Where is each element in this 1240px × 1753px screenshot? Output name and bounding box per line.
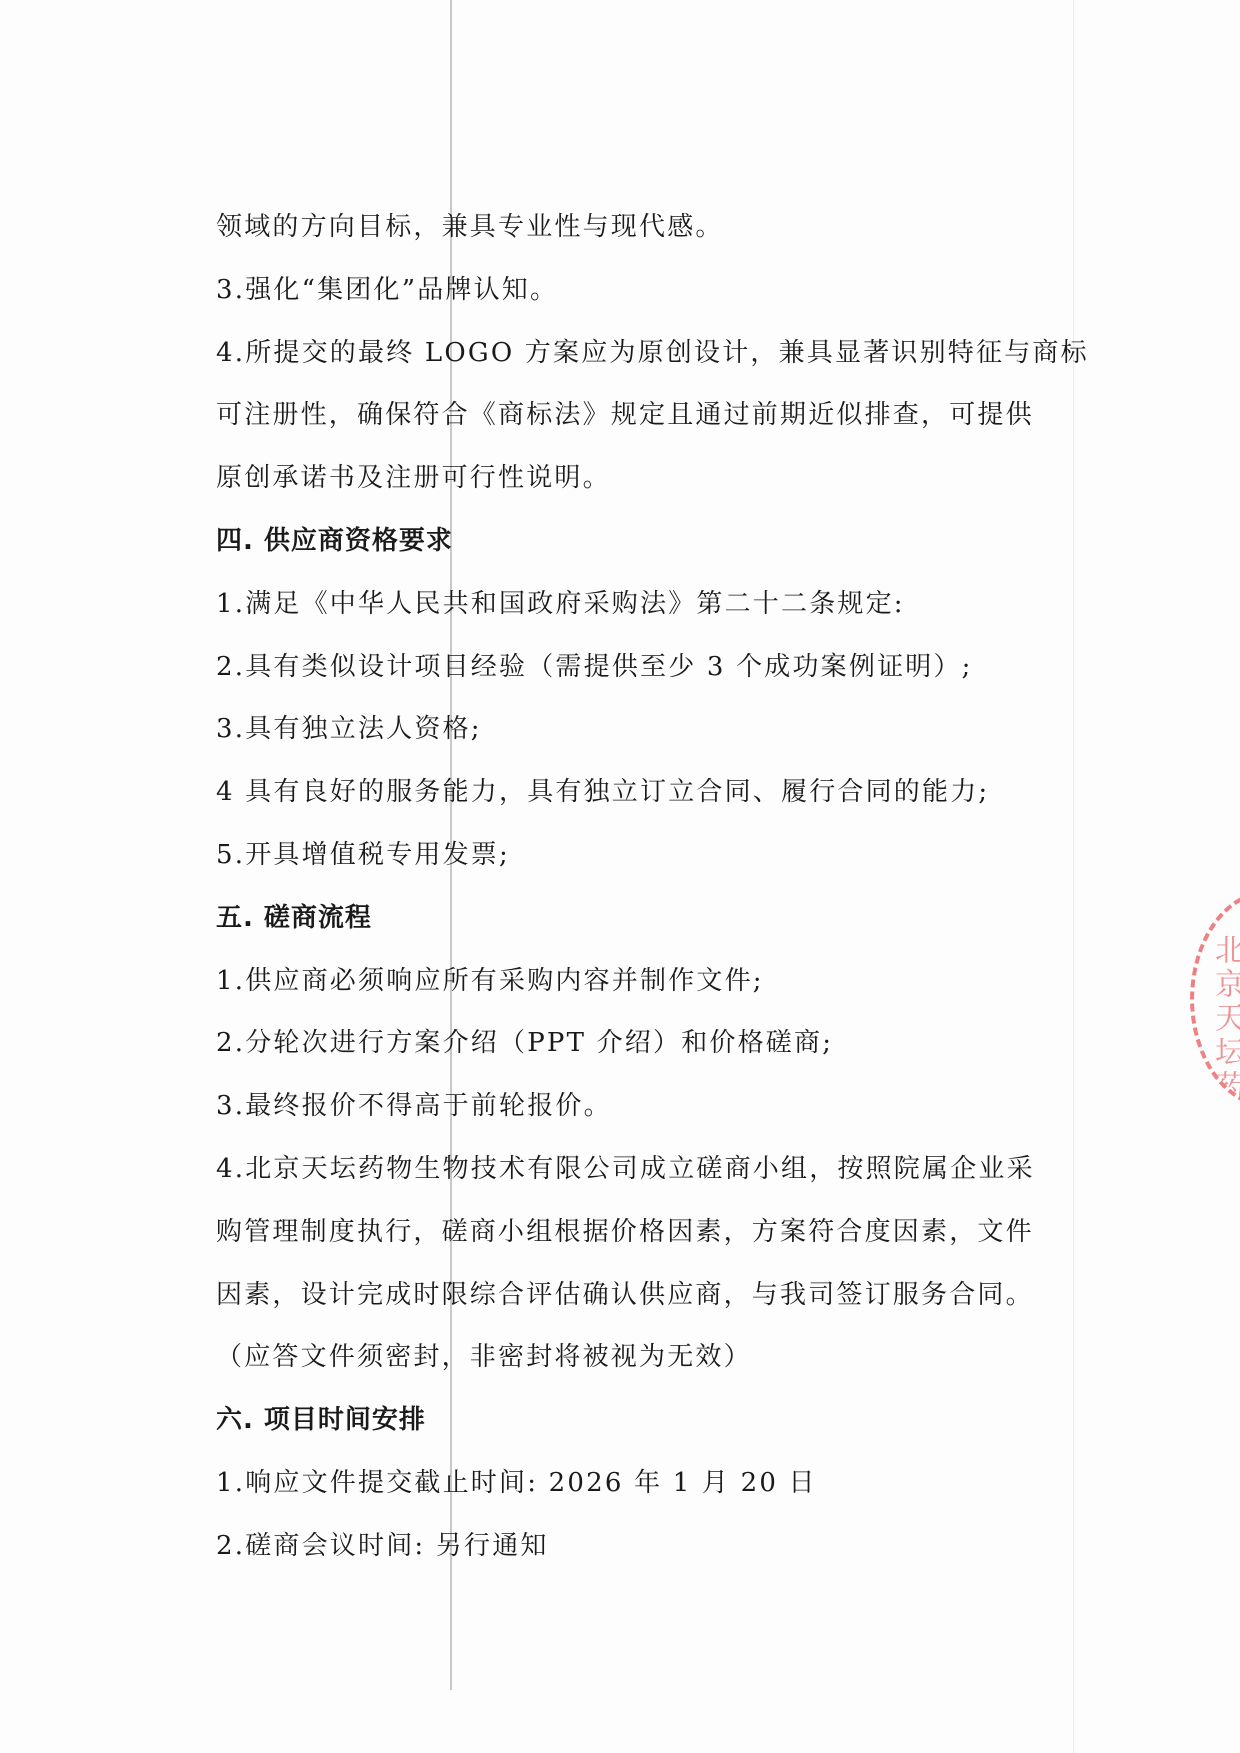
paragraph-line: 因素，设计完成时限综合评估确认供应商，与我司签订服务合同。 xyxy=(216,1264,1056,1327)
scan-edge-line xyxy=(1073,0,1074,1753)
paragraph-line: 5.开具增值税专用发票; xyxy=(216,824,1056,887)
section-heading-project-schedule: 六. 项目时间安排 xyxy=(216,1389,1056,1452)
paragraph-line: （应答文件须密封，非密封将被视为无效） xyxy=(216,1326,1056,1389)
paragraph-line: 4.所提交的最终 LOGO 方案应为原创设计，兼具显著识别特征与商标 xyxy=(216,322,1056,385)
paragraph-line: 1.供应商必须响应所有采购内容并制作文件; xyxy=(216,950,1056,1013)
paragraph-line: 4 具有良好的服务能力，具有独立订立合同、履行合同的能力; xyxy=(216,761,1056,824)
paragraph-line: 3.具有独立法人资格; xyxy=(216,698,1056,761)
document-body: 领域的方向目标，兼具专业性与现代感。 3.强化“集团化”品牌认知。 4.所提交的… xyxy=(216,196,1056,1578)
paragraph-line: 2.磋商会议时间: 另行通知 xyxy=(216,1515,1056,1578)
section-heading-supplier-qualification: 四. 供应商资格要求 xyxy=(216,510,1056,573)
paragraph-line: 3.强化“集团化”品牌认知。 xyxy=(216,259,1056,322)
paragraph-line: 2.具有类似设计项目经验（需提供至少 3 个成功案例证明）; xyxy=(216,636,1056,699)
stamp-text: 北京天坛药 xyxy=(1204,934,1240,1104)
paragraph-line: 原创承诺书及注册可行性说明。 xyxy=(216,447,1056,510)
paragraph-line: 1.满足《中华人民共和国政府采购法》第二十二条规定: xyxy=(216,573,1056,636)
paragraph-line: 1.响应文件提交截止时间: 2026 年 1 月 20 日 xyxy=(216,1452,1056,1515)
section-heading-negotiation-process: 五. 磋商流程 xyxy=(216,887,1056,950)
paragraph-line: 2.分轮次进行方案介绍（PPT 介绍）和价格磋商; xyxy=(216,1012,1056,1075)
paragraph-line: 购管理制度执行，磋商小组根据价格因素，方案符合度因素，文件 xyxy=(216,1201,1056,1264)
paragraph-line: 4.北京天坛药物生物技术有限公司成立磋商小组，按照院属企业采 xyxy=(216,1138,1056,1201)
paragraph-line: 3.最终报价不得高于前轮报价。 xyxy=(216,1075,1056,1138)
paragraph-line: 可注册性，确保符合《商标法》规定且通过前期近似排查，可提供 xyxy=(216,384,1056,447)
paragraph-line: 领域的方向目标，兼具专业性与现代感。 xyxy=(216,196,1056,259)
company-seal-stamp: 北京天坛药 xyxy=(1190,890,1240,1108)
